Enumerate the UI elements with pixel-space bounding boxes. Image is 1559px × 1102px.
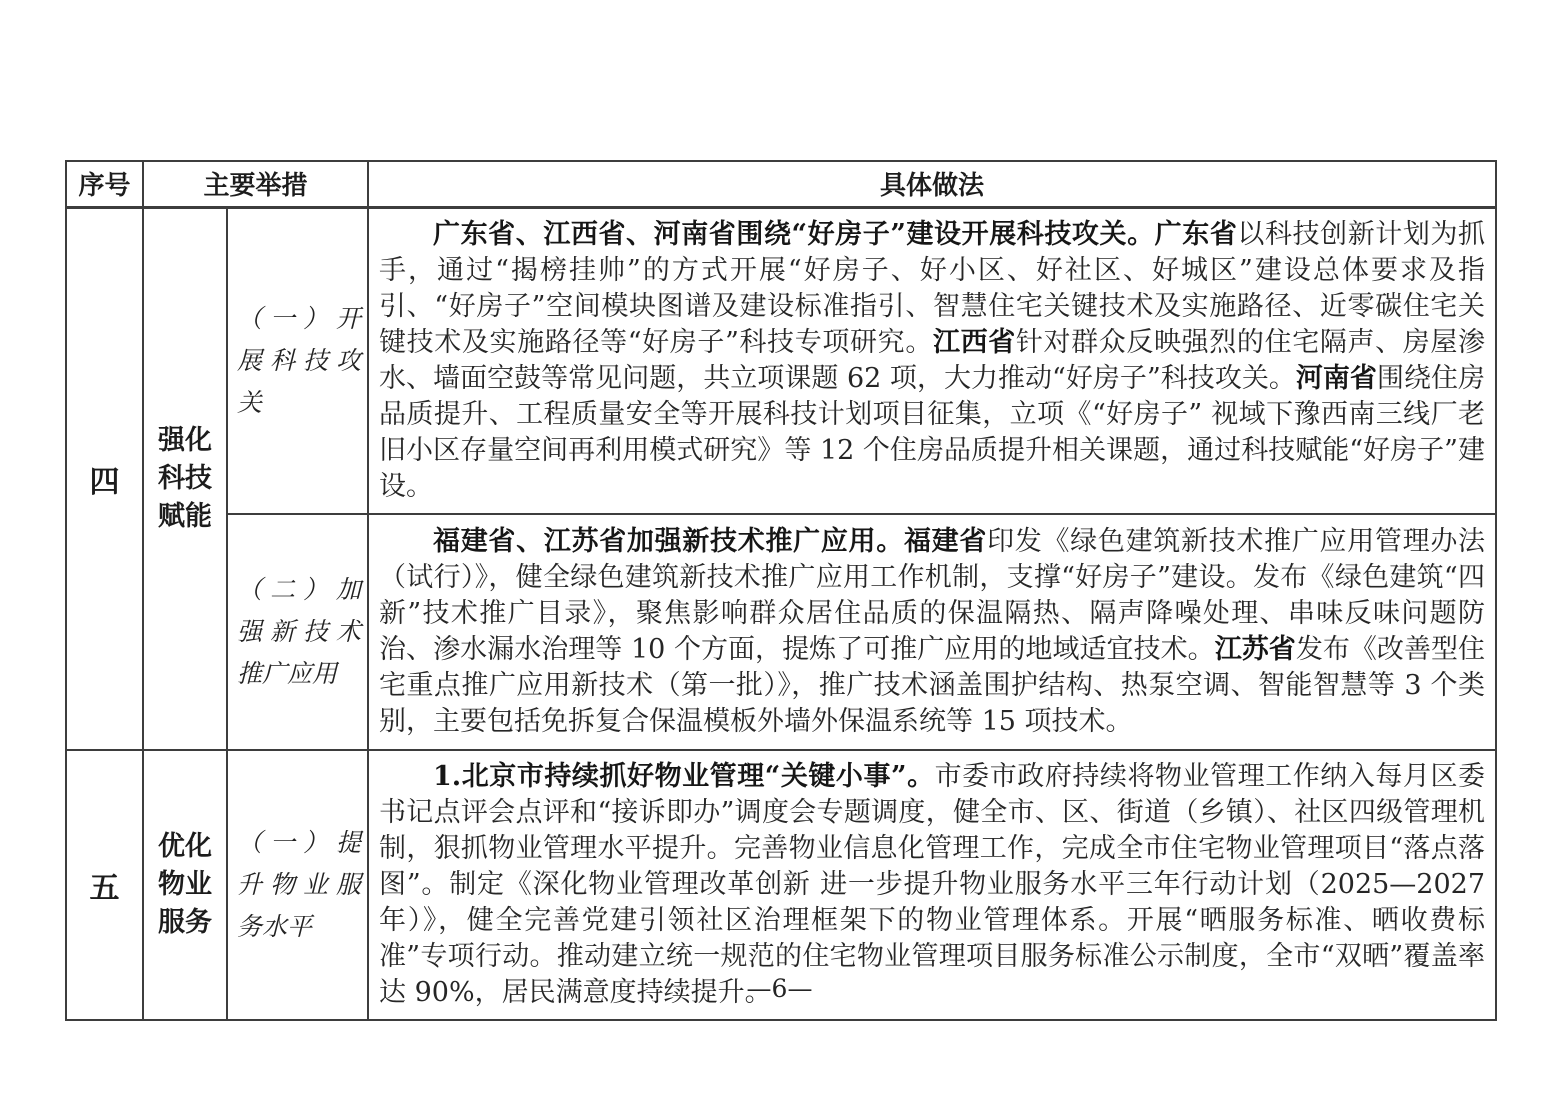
- table-row-4-sub-2: （二）加强新技术推广应用 福建省、江苏省加强新技术推广应用。福建省印发《绿色建筑…: [66, 514, 1496, 750]
- sub-measure-tech-research: （一）开展科技攻关: [227, 207, 368, 514]
- paragraph: 广东省、江西省、河南省围绕“好房子”建设开展科技攻关。广东省以科技创新计划为抓手…: [379, 217, 1485, 505]
- header-specific-practices: 具体做法: [368, 161, 1496, 207]
- practice-text-new-tech-promotion: 福建省、江苏省加强新技术推广应用。福建省印发《绿色建筑新技术推广应用管理办法（试…: [368, 514, 1496, 750]
- measures-table: 序号 主要举措 具体做法 四 强化科技赋能 （一）开展科技攻关 广东省、江西省、…: [65, 160, 1497, 1021]
- page-number: —6—: [0, 974, 1559, 1003]
- sub-measure-new-tech-promotion: （二）加强新技术推广应用: [227, 514, 368, 750]
- paragraph: 福建省、江苏省加强新技术推广应用。福建省印发《绿色建筑新技术推广应用管理办法（试…: [379, 524, 1485, 740]
- paragraph: 1.北京市持续抓好物业管理“关键小事”。市委市政府持续将物业管理工作纳入每月区委…: [379, 759, 1485, 1011]
- header-main-measures: 主要举措: [143, 161, 368, 207]
- serial-number-4: 四: [66, 207, 143, 750]
- table-row-4-sub-1: 四 强化科技赋能 （一）开展科技攻关 广东省、江西省、河南省围绕“好房子”建设开…: [66, 207, 1496, 514]
- practice-text-tech-research: 广东省、江西省、河南省围绕“好房子”建设开展科技攻关。广东省以科技创新计划为抓手…: [368, 207, 1496, 514]
- measure-strengthen-tech: 强化科技赋能: [143, 207, 227, 750]
- document-page: 序号 主要举措 具体做法 四 强化科技赋能 （一）开展科技攻关 广东省、江西省、…: [0, 0, 1559, 1102]
- table-header-row: 序号 主要举措 具体做法: [66, 161, 1496, 207]
- header-serial-number: 序号: [66, 161, 143, 207]
